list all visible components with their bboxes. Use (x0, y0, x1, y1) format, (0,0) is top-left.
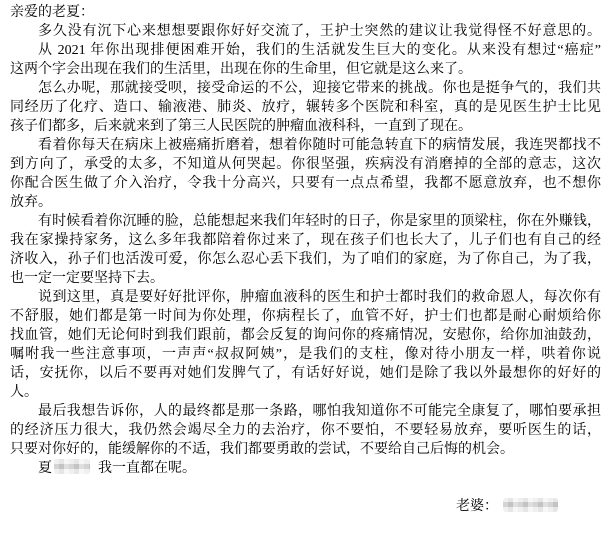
signature-line: 老婆： (10, 497, 601, 516)
letter-line: 只要对你好的，能缓解你的不适，我们都要勇敢的尝试，不要给自己后悔的机会。 (10, 440, 601, 459)
letter-line: 最后我想告诉你，人的最终都是那一条路，哪怕我知道你不可能完全康复了，哪怕要承担 (10, 402, 601, 421)
closing-prefix: 夏 (38, 461, 52, 476)
letter-line: 济收入，孙子们也活泼可爱，你怎么忍心丢下我们，为了咱们的家庭，为了你自己，为了我… (10, 250, 601, 269)
letter-line: 的经济压力很大，我仍然会竭尽全力的去治疗，你不要怕，不要轻易放弃，要听医生的话， (10, 421, 601, 440)
letter-body: 亲爱的老夏：多久没有沉下心来想想要跟你好好交流了，王护士突然的建议让我觉得怪不好… (10, 3, 601, 459)
letter-line: 孩子们都多，后来就来到了第三人民医院的肿瘤血液科科，一直到了现在。 (10, 117, 601, 136)
letter-line: 有时候看着你沉睡的脸，总能想起来我们年轻时的日子，你是家里的顶梁柱，你在外赚钱， (10, 212, 601, 231)
signature-label: 老婆： (456, 499, 498, 514)
letter-line: 嘱咐我一些注意事项，一声声“叔叔阿姨”，是我们的支柱，像对待小朋友一样，哄着你说 (10, 345, 601, 364)
closing-suffix: 我一直都在呢。 (98, 461, 196, 476)
letter-line: 放弃。 (10, 193, 601, 212)
letter-line: 也一定一定要坚持下去。 (10, 269, 601, 288)
letter-line: 从 2021 年你出现排便困难开始，我们的生活就发生巨大的变化。从来没有想过“癌… (10, 41, 601, 60)
redacted-husband-name-blur (54, 459, 90, 474)
letter-line: 你配合医生做了介入治疗，令我十分高兴，只要有一点点希望，我都不愿意放弃，也不想你 (10, 174, 601, 193)
letter-line: 我在家操持家务，这么多年我都陪着你过来了，现在孩子们也长大了，儿子们也有自己的经 (10, 231, 601, 250)
redacted-wife-name-blur (503, 498, 558, 512)
letter-line: 怎么办呢，那就接受呗，接受命运的不公，迎接它带来的挑战。你也是挺争气的，我们共 (10, 79, 601, 98)
letter-line: 到方向了，承受的太多，不知道从何哭起。你很坚强，疾病没有消磨掉的全部的意志，这次 (10, 155, 601, 174)
letter-line: 话，安抚你，以后不要再对她们发脾气了，有话好好说，她们是除了我以外最想你的好好的 (10, 364, 601, 383)
letter-line: 看着你每天在病床上被癌痛折磨着，想着你随时可能急转直下的病情发展，我连哭都找不 (10, 136, 601, 155)
letter-closing-line: 夏我一直都在呢。 (10, 459, 601, 478)
letter-line: 亲爱的老夏： (10, 3, 601, 22)
letter-line: 找血管，她们无论何时到我们跟前，都会反复的询问你的疼痛情况，安慰你，给你加油鼓劲… (10, 326, 601, 345)
letter-line: 多久没有沉下心来想想要跟你好好交流了，王护士突然的建议让我觉得怪不好意思的。 (10, 22, 601, 41)
letter-document: 亲爱的老夏：多久没有沉下心来想想要跟你好好交流了，王护士突然的建议让我觉得怪不好… (0, 0, 609, 534)
letter-line: 同经历了化疗、造口、输液港、肺炎、放疗，辗转多个医院和科室，真的是见医生护士比见 (10, 98, 601, 117)
letter-line: 这两个字会出现在我们的生活里，出现在你的生命里，但它就是这么来了。 (10, 60, 601, 79)
letter-line: 不舒服，她们都是第一时间为你处理，你病程长了，血管不好，护士们也都是耐心耐烦给你 (10, 307, 601, 326)
letter-line: 人。 (10, 383, 601, 402)
letter-line: 说到这里，真是要好好批评你，肿瘤血液科的医生和护士都时我们的救命恩人，每次你有 (10, 288, 601, 307)
